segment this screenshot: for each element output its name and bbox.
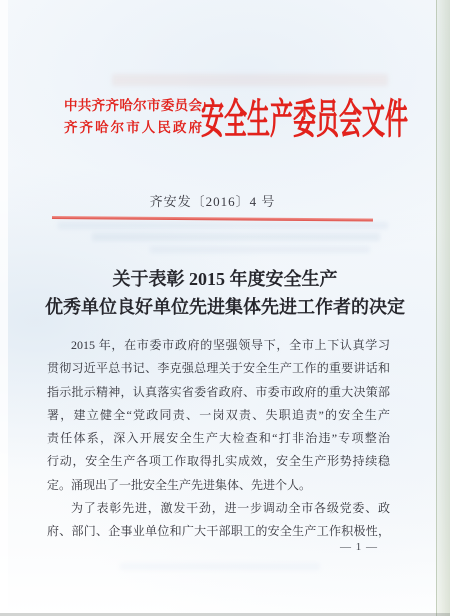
document-number: 齐安发〔2016〕4 号 [52, 191, 373, 210]
bleed-through-artifact [58, 222, 388, 229]
document-title: 关于表彰 2015 年度安全生产 优秀单位良好单位先进集体先进工作者的决定 [0, 266, 450, 321]
document-body: 2015 年，在市委市政府的坚强领导下，全市上下认真学习 贯彻习近平总书记、李克… [47, 334, 390, 544]
page-number: — 1 — [340, 541, 378, 553]
org-line-1: 中共齐齐哈尔市委员会 [64, 95, 202, 117]
issuing-org: 中共齐齐哈尔市委员会 齐齐哈尔市人民政府 [64, 95, 202, 138]
letterhead-title: 安全生产委员会文件 [201, 99, 413, 140]
body-line: 贯彻习近平总书记、李克强总理关于安全生产工作的重要讲话和 [47, 357, 390, 380]
bleed-through-artifact [120, 563, 320, 570]
title-line-1: 关于表彰 2015 年度安全生产 [0, 266, 450, 294]
body-line: 府、部门、企事业单位和广大干部职工的安全生产工作积极性， [47, 520, 390, 543]
org-line-2: 齐齐哈尔市人民政府 [64, 117, 202, 139]
bleed-through-artifact [112, 74, 388, 86]
body-line: 责任体系，深入开展安全生产大检查和“打非治违”专项整治 [47, 427, 390, 450]
body-line: 为了表彰先进，激发干劲，进一步调动全市各级党委、政 [47, 497, 390, 520]
body-line: 指示批示精神，认真落实省委省政府、市委市政府的重大决策部 [47, 381, 390, 404]
body-line: 署，建立健全“党政同责、一岗双责、失职追责”的安全生产 [47, 404, 390, 427]
bleed-through-artifact [92, 233, 380, 241]
bleed-through-artifact [150, 246, 370, 253]
body-line: 行动，安全生产各项工作取得扎实成效，安全生产形势持续稳 [47, 450, 390, 473]
scanned-document-page: 中共齐齐哈尔市委员会 齐齐哈尔市人民政府 安全生产委员会文件 齐安发〔2016〕… [0, 0, 450, 616]
body-line: 定。涌现出了一批安全生产先进集体、先进个人。 [47, 474, 390, 497]
body-line: 2015 年，在市委市政府的坚强领导下，全市上下认真学习 [47, 334, 390, 357]
title-line-2: 优秀单位良好单位先进集体先进工作者的决定 [0, 294, 450, 322]
red-separator-line [52, 216, 373, 221]
